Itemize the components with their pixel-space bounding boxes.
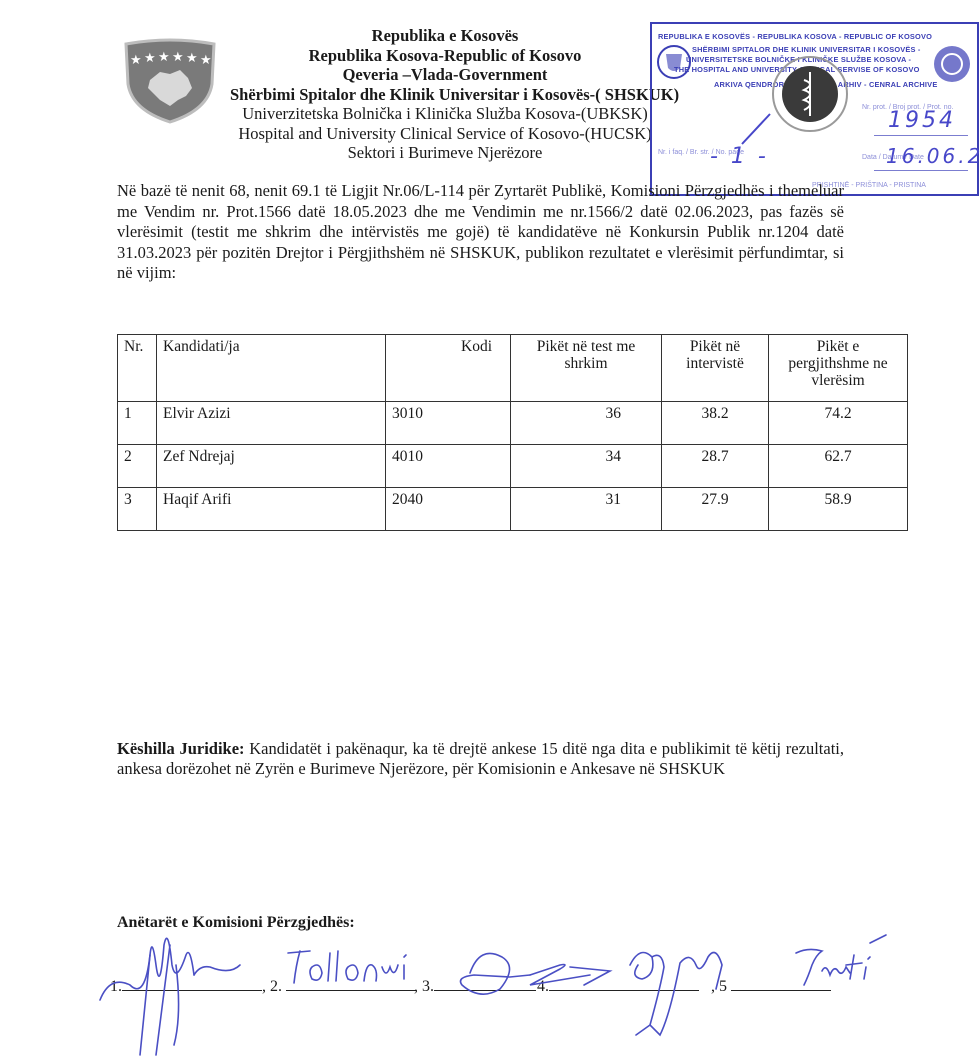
stamp-line-republic: REPUBLIKA E KOSOVËS - REPUBLIKA KOSOVA -… — [658, 32, 932, 41]
table-row: 1 Elvir Azizi 3010 36 38.2 74.2 — [118, 402, 908, 445]
cell-candidate: Elvir Azizi — [157, 402, 386, 445]
cell-code: 3010 — [386, 402, 511, 445]
header-line-institution-en: Hospital and University Clinical Service… — [230, 124, 660, 144]
header-line-department: Sektori i Burimeve Njerëzore — [230, 143, 660, 163]
handwritten-signatures — [90, 905, 890, 1059]
cell-candidate: Haqif Arifi — [157, 488, 386, 531]
cell-candidate: Zef Ndrejaj — [157, 445, 386, 488]
stamp-pen-stroke — [736, 108, 776, 148]
header-line-republic: Republika e Kosovës — [230, 26, 660, 46]
cell-interview: 27.9 — [662, 488, 769, 531]
legal-advice: Këshilla Juridike: Kandidatët i pakënaqu… — [117, 739, 844, 779]
cell-interview: 28.7 — [662, 445, 769, 488]
header-nr: Nr. — [118, 335, 157, 402]
cell-interview: 38.2 — [662, 402, 769, 445]
cell-code: 2040 — [386, 488, 511, 531]
header-line-institution-sr: Univerzitetska Bolnička i Klinička Služb… — [230, 104, 660, 124]
header-line-government: Qeveria –Vlada-Government — [230, 65, 660, 85]
header-total: Pikët e pergjithshme ne vlerësim — [769, 335, 908, 402]
cell-total: 62.7 — [769, 445, 908, 488]
kosovo-coat-of-arms-icon: ★★★ ★★★ — [120, 38, 220, 124]
svg-text:★: ★ — [200, 53, 212, 68]
cell-written-test: 34 — [511, 445, 662, 488]
cell-nr: 3 — [118, 488, 157, 531]
archive-stamp: REPUBLIKA E KOSOVËS - REPUBLIKA KOSOVA -… — [650, 22, 979, 196]
svg-text:★: ★ — [144, 51, 156, 66]
table-row: 3 Haqif Arifi 2040 31 27.9 58.9 — [118, 488, 908, 531]
stamp-protocol-number: 1954 — [888, 108, 956, 133]
header-written-test: Pikët në test me shrkim — [511, 335, 662, 402]
cell-written-test: 36 — [511, 402, 662, 445]
header-interview: Pikët në intervistë — [662, 335, 769, 402]
cell-written-test: 31 — [511, 488, 662, 531]
stamp-emblem-left-icon — [654, 42, 694, 82]
legal-advice-label: Këshilla Juridike: — [117, 739, 245, 758]
intro-paragraph: Në bazë të nenit 68, nenit 69.1 të Ligji… — [117, 181, 844, 284]
cell-nr: 2 — [118, 445, 157, 488]
results-table: Nr. Kandidati/ja Kodi Pikët në test me s… — [117, 334, 908, 531]
svg-text:★: ★ — [158, 50, 170, 65]
header-candidate: Kandidati/ja — [157, 335, 386, 402]
stamp-line-institution-sq: SHËRBIMI SPITALOR DHE KLINIK UNIVERSITAR… — [692, 45, 921, 54]
stamp-date: 16.06.23 — [886, 144, 980, 168]
header-line-institution-sq: Shërbimi Spitalor dhe Klinik Universitar… — [230, 85, 660, 105]
document-header: Republika e Kosovës Republika Kosova-Rep… — [230, 26, 660, 163]
hospital-seal-icon — [770, 54, 850, 134]
cell-nr: 1 — [118, 402, 157, 445]
table-header-row: Nr. Kandidati/ja Kodi Pikët në test me s… — [118, 335, 908, 402]
svg-text:★: ★ — [172, 50, 184, 65]
table-row: 2 Zef Ndrejaj 4010 34 28.7 62.7 — [118, 445, 908, 488]
svg-text:★: ★ — [130, 53, 142, 68]
cell-total: 58.9 — [769, 488, 908, 531]
header-code: Kodi — [386, 335, 511, 402]
stamp-emblem-right-icon — [930, 42, 974, 86]
cell-code: 4010 — [386, 445, 511, 488]
svg-text:★: ★ — [186, 51, 198, 66]
cell-total: 74.2 — [769, 402, 908, 445]
header-line-republic-multilang: Republika Kosova-Republic of Kosovo — [230, 46, 660, 66]
